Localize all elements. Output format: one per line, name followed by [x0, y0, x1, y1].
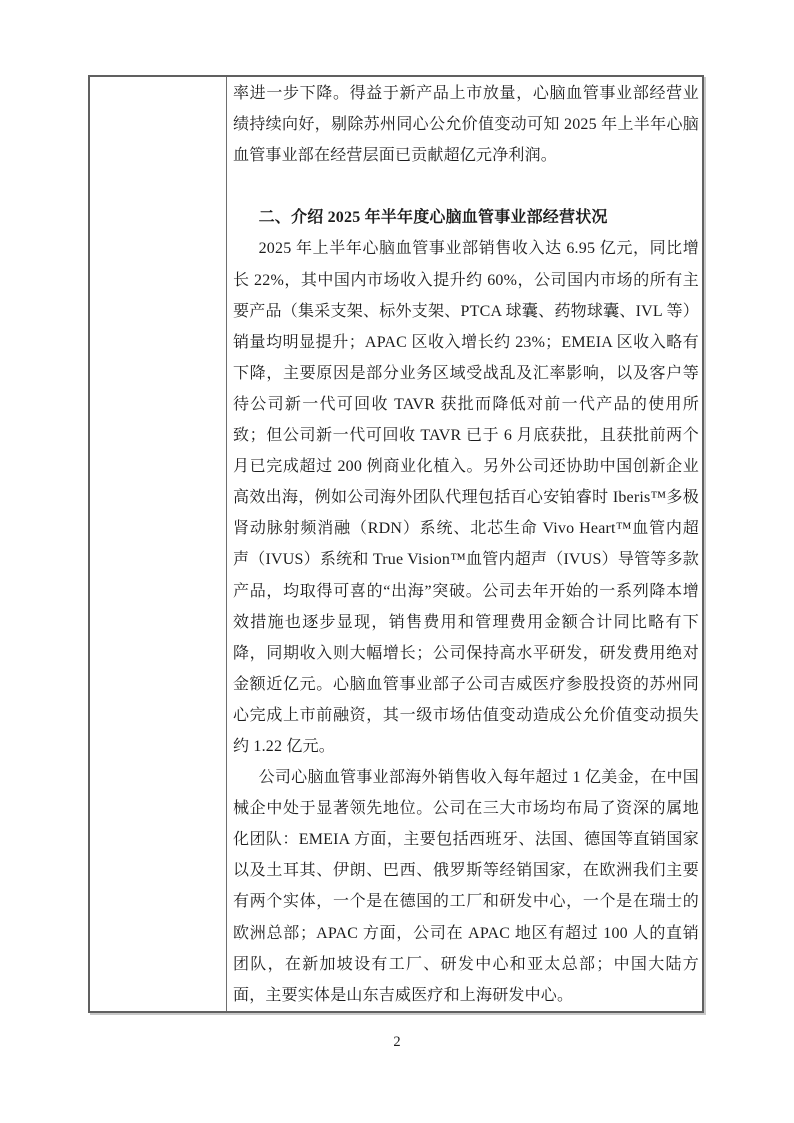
section-heading: 二、介绍 2025 年半年度心脑血管事业部经营状况: [233, 202, 699, 233]
minutes-table: 率进一步下降。得益于新产品上市放量，心脑血管事业部经营业绩持续向好，剔除苏州同心…: [88, 75, 704, 1013]
blank-line: [233, 171, 699, 202]
paragraph-operations: 2025 年上半年心脑血管事业部销售收入达 6.95 亿元，同比增长 22%，其…: [233, 233, 699, 762]
paragraph-continuation: 率进一步下降。得益于新产品上市放量，心脑血管事业部经营业绩持续向好，剔除苏州同心…: [233, 78, 699, 171]
document-page: 率进一步下降。得益于新产品上市放量，心脑血管事业部经营业绩持续向好，剔除苏州同心…: [0, 0, 794, 1123]
page-number: 2: [0, 1034, 794, 1051]
table-left-cell: [90, 77, 227, 1011]
paragraph-overseas: 公司心脑血管事业部海外销售收入每年超过 1 亿美金，在中国械企中处于显著领先地位…: [233, 762, 699, 1011]
table-right-cell: 率进一步下降。得益于新产品上市放量，心脑血管事业部经营业绩持续向好，剔除苏州同心…: [227, 77, 702, 1011]
